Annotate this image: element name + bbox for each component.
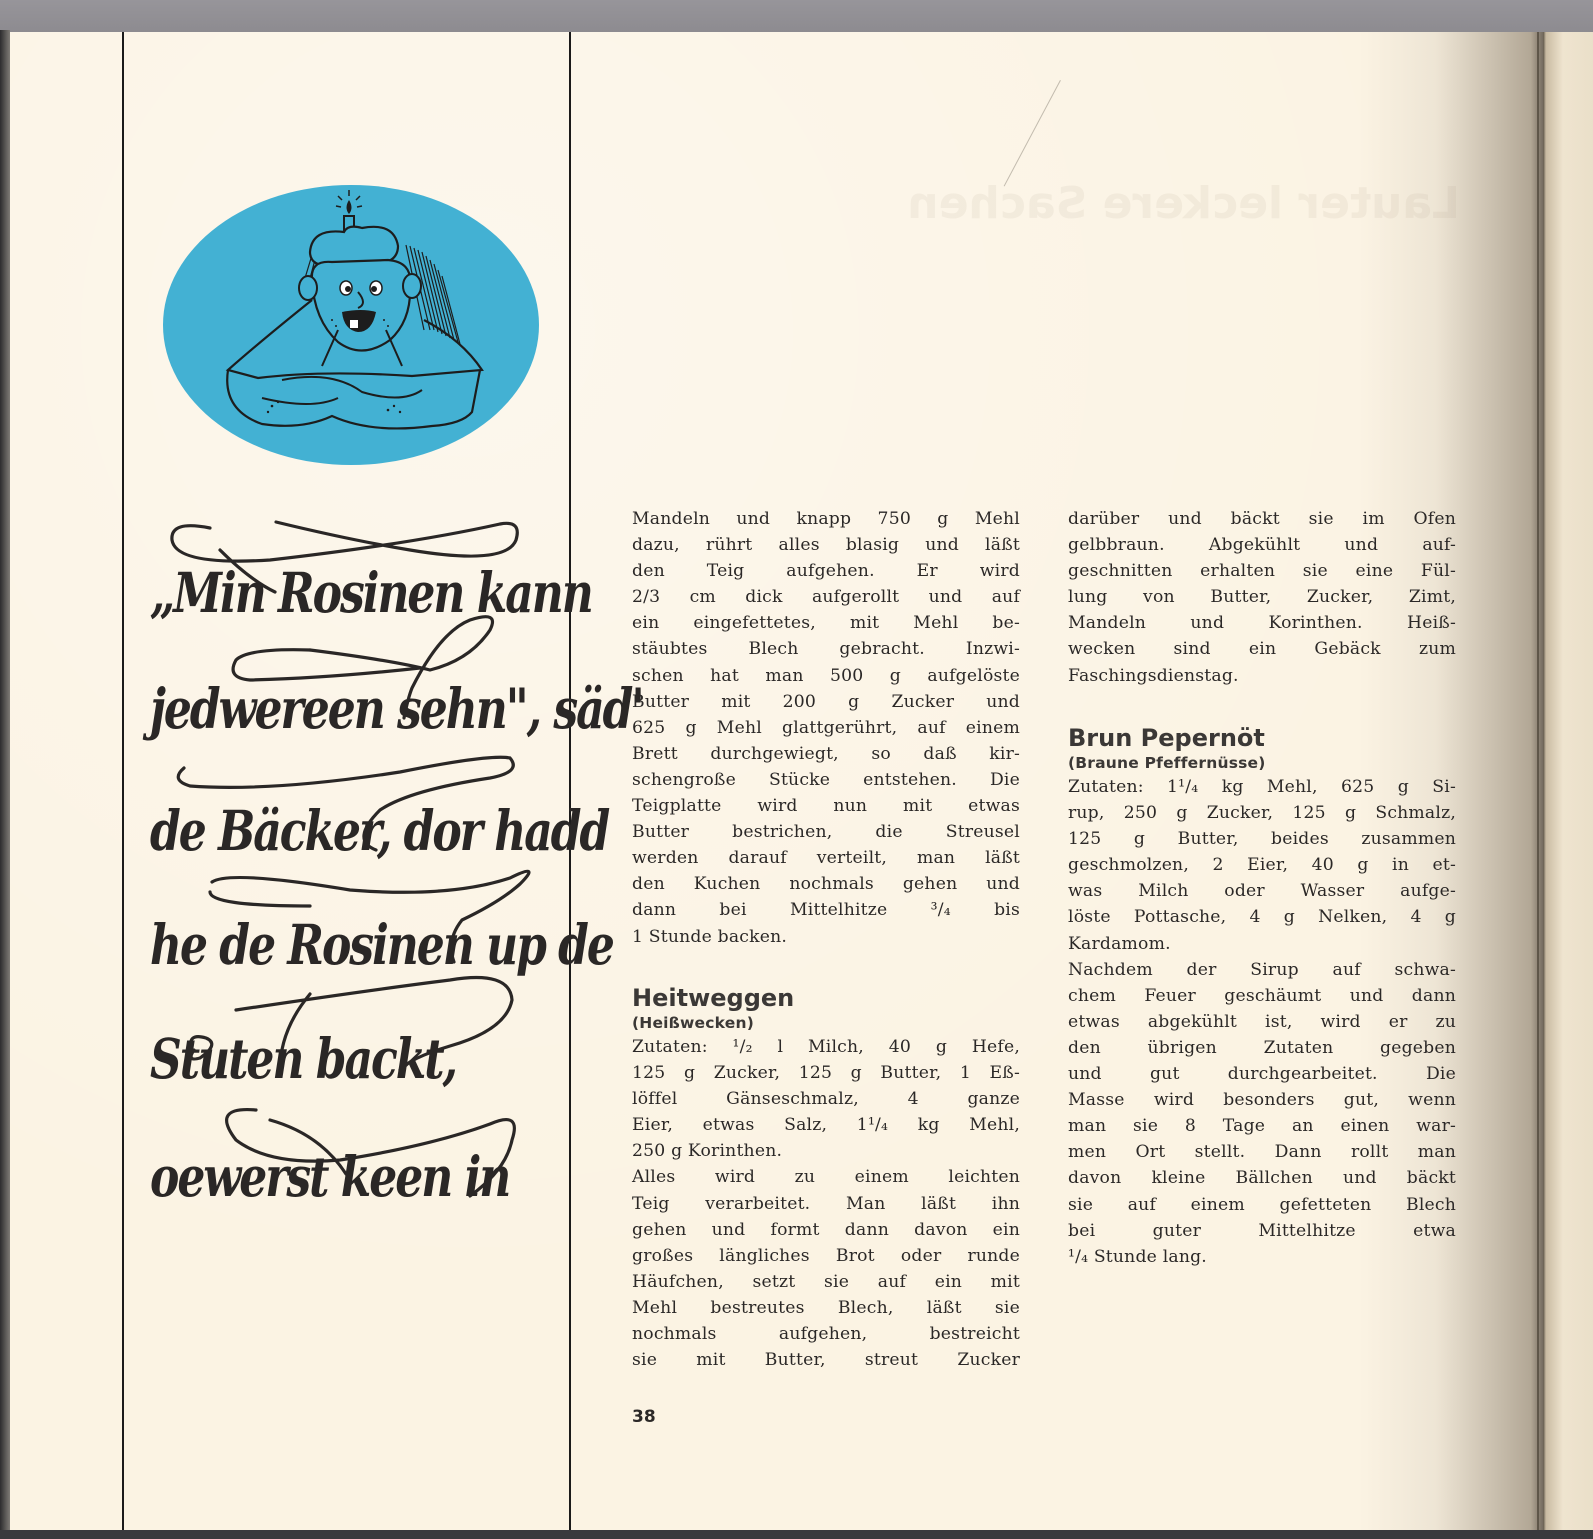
ingredients-line: Zutaten: 1¹/₄ kg Mehl, 625 g Si-: [1068, 774, 1456, 800]
ingredients-line: löste Pottasche, 4 g Nelken, 4 g: [1068, 904, 1456, 930]
baker-illustration: [162, 180, 540, 466]
method-line: Mehl bestreutes Blech, läßt sie: [632, 1295, 1020, 1321]
ingredients-line: geschmolzen, 2 Eier, 40 g in et-: [1068, 852, 1456, 878]
text-line: den Kuchen nochmals gehen und: [632, 871, 1020, 897]
method-line: Häufchen, setzt sie auf ein mit: [632, 1269, 1020, 1295]
column-rule-middle: [569, 32, 571, 1530]
ingredients-line: 125 g Butter, beides zusammen: [1068, 826, 1456, 852]
method-line: nochmals aufgehen, bestreicht: [632, 1321, 1020, 1347]
text-line: gelbbraun. Abgekühlt und auf-: [1068, 532, 1456, 558]
ingredients-line: 125 g Zucker, 125 g Butter, 1 Eß-: [632, 1060, 1020, 1086]
text-line: stäubtes Blech gebracht. Inzwi-: [632, 636, 1020, 662]
baker-cartoon-icon: [162, 180, 540, 466]
method-line: etwas abgekühlt ist, wird er zu: [1068, 1009, 1456, 1035]
recipe-title: Brun Pepernöt: [1068, 724, 1456, 752]
recipe-heitweggen: Heitweggen (Heißwecken) Zutaten: ¹/₂ l M…: [632, 984, 1020, 1373]
method-line: men Ort stellt. Dann rollt man: [1068, 1139, 1456, 1165]
quote-line-3: de Bäcker, dor hadd: [150, 800, 550, 864]
method-line: Teig verarbeitet. Man läßt ihn: [632, 1191, 1020, 1217]
method-line: gehen und formt dann davon ein: [632, 1217, 1020, 1243]
quote-line-6: oewerst keen in: [150, 1146, 550, 1210]
quote-line-5: Stuten backt,: [150, 1028, 550, 1092]
text-line: den Teig aufgehen. Er wird: [632, 558, 1020, 584]
scanner-background-left: [0, 30, 10, 1535]
text-line: Teigplatte wird nun mit etwas: [632, 793, 1020, 819]
text-line: Butter bestrichen, die Streusel: [632, 819, 1020, 845]
blackletter-quote: „Min Rosinen kann jedwereen sehn", säd' …: [150, 510, 550, 1230]
ingredients-line: 250 g Korinthen.: [632, 1138, 1020, 1164]
text-line: schen hat man 500 g aufgelöste: [632, 663, 1020, 689]
method-line: man sie 8 Tage an einen war-: [1068, 1113, 1456, 1139]
quote-line-1: „Min Rosinen kann: [150, 562, 550, 626]
page-gutter-edge: [1537, 32, 1539, 1530]
text-line: schengroße Stücke entstehen. Die: [632, 767, 1020, 793]
method-line: bei guter Mittelhitze etwa: [1068, 1218, 1456, 1244]
method-line: den übrigen Zutaten gegeben: [1068, 1035, 1456, 1061]
text-line: Faschingsdienstag.: [1068, 663, 1456, 689]
ingredients-line: Zutaten: ¹/₂ l Milch, 40 g Hefe,: [632, 1034, 1020, 1060]
method-line: ¹/₄ Stunde lang.: [1068, 1244, 1456, 1270]
method-line: davon kleine Bällchen und bäckt: [1068, 1165, 1456, 1191]
text-line: werden darauf verteilt, man läßt: [632, 845, 1020, 871]
ingredients-line: Kardamom.: [1068, 931, 1456, 957]
scanner-background-bottom: [0, 1530, 1593, 1539]
text-line: lung von Butter, Zucker, Zimt,: [1068, 584, 1456, 610]
method-line: chem Feuer geschäumt und dann: [1068, 983, 1456, 1009]
recipe-subtitle: (Heißwecken): [632, 1012, 1020, 1034]
text-line: 2/3 cm dick aufgerollt und auf: [632, 584, 1020, 610]
column-rule-left: [122, 32, 124, 1530]
ingredients-line: was Milch oder Wasser aufge-: [1068, 878, 1456, 904]
scanner-background-top: [0, 0, 1593, 32]
method-line: sie auf einem gefetteten Blech: [1068, 1192, 1456, 1218]
text-line: 1 Stunde backen.: [632, 924, 1020, 950]
quote-line-2: jedwereen sehn", säd': [150, 678, 550, 742]
show-through-heading: Lauter leckere Sachen: [930, 178, 1460, 229]
text-line: Butter mit 200 g Zucker und: [632, 689, 1020, 715]
method-line: Alles wird zu einem leichten: [632, 1164, 1020, 1190]
recipe-title: Heitweggen: [632, 984, 1020, 1012]
method-line: großes längliches Brot oder runde: [632, 1243, 1020, 1269]
text-line: Mandeln und knapp 750 g Mehl: [632, 506, 1020, 532]
text-line: darüber und bäckt sie im Ofen: [1068, 506, 1456, 532]
page-number: 38: [632, 1407, 656, 1427]
streusel-recipe-continuation: Mandeln und knapp 750 g Mehl dazu, rührt…: [632, 506, 1020, 950]
text-line: dazu, rührt alles blasig und läßt: [632, 532, 1020, 558]
next-page-edge: [1543, 32, 1593, 1530]
text-line: Mandeln und Korinthen. Heiß-: [1068, 610, 1456, 636]
method-line: Nachdem der Sirup auf schwa-: [1068, 957, 1456, 983]
text-line: wecken sind ein Gebäck zum: [1068, 636, 1456, 662]
quote-line-4: he de Rosinen up de: [150, 914, 550, 978]
text-line: geschnitten erhalten sie eine Fül-: [1068, 558, 1456, 584]
ingredients-line: rup, 250 g Zucker, 125 g Schmalz,: [1068, 800, 1456, 826]
method-line: und gut durchgearbeitet. Die: [1068, 1061, 1456, 1087]
method-line: Masse wird besonders gut, wenn: [1068, 1087, 1456, 1113]
text-line: dann bei Mittelhitze ³/₄ bis: [632, 897, 1020, 923]
text-line: ein eingefettetes, mit Mehl be-: [632, 610, 1020, 636]
ingredients-line: löffel Gänseschmalz, 4 ganze: [632, 1086, 1020, 1112]
heitweggen-continuation: darüber und bäckt sie im Ofen gelbbraun.…: [1068, 506, 1456, 689]
recipe-brun-pepernoet: Brun Pepernöt (Braune Pfeffernüsse) Zuta…: [1068, 724, 1456, 1270]
ingredients-line: Eier, etwas Salz, 1¹/₄ kg Mehl,: [632, 1112, 1020, 1138]
recipe-subtitle: (Braune Pfeffernüsse): [1068, 752, 1456, 774]
method-line: sie mit Butter, streut Zucker: [632, 1347, 1020, 1373]
text-line: Brett durchgewiegt, so daß kir-: [632, 741, 1020, 767]
text-line: 625 g Mehl glattgerührt, auf einem: [632, 715, 1020, 741]
